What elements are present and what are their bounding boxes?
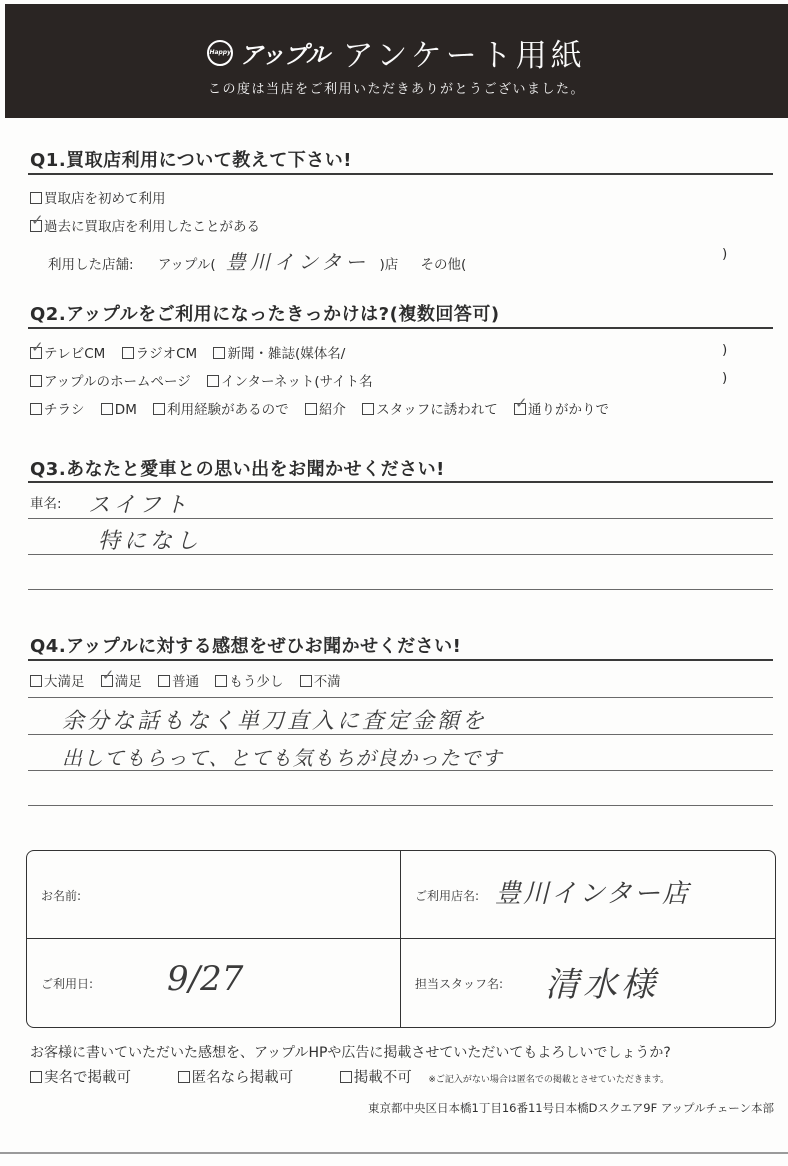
ruled-line [28, 805, 773, 806]
q1-option-first-time[interactable]: 買取店を初めて利用 [30, 187, 166, 207]
staff-name-label: 担当スタッフ名: [415, 975, 503, 992]
date-label: ご利用日: [41, 975, 93, 992]
close-paren: ) [722, 342, 727, 358]
consent-note: ※ご記入がない場合は匿名での掲載とさせていただきます。 [428, 1075, 669, 1085]
consent-anonymous[interactable]: 匿名なら掲載可 [178, 1066, 294, 1087]
rating-very-satisfied[interactable]: 大満足 [30, 670, 85, 690]
apple-logo-icon: Happy [207, 40, 233, 66]
checkbox[interactable] [305, 403, 317, 415]
checkbox[interactable] [362, 403, 374, 415]
q2-option-passing-by[interactable]: 通りがかりで [514, 398, 609, 418]
page-title: アンケート用紙 [343, 30, 586, 75]
q2-heading: Q2.アップルをご利用になったきっかけは?(複数回答可) [30, 300, 500, 326]
q2-divider [28, 327, 773, 329]
q2-row-3: チラシ DM 利用経験があるので 紹介 スタッフに誘われて 通りがかりで [30, 398, 621, 418]
rating-satisfied[interactable]: 満足 [101, 670, 142, 690]
checkbox[interactable] [153, 403, 165, 415]
q2-row-2: アップルのホームページ インターネット(サイト名 [30, 370, 385, 390]
survey-header: Happy アップル アンケート用紙 この度は当店をご利用いただきありがとうござ… [5, 4, 788, 118]
checkbox[interactable] [178, 1071, 190, 1083]
q1-heading: Q1.買取店利用について教えて下さい! [30, 146, 352, 172]
rating-could-improve[interactable]: もう少し [215, 670, 283, 690]
checkbox[interactable] [101, 403, 113, 415]
q2-option-referral[interactable]: 紹介 [305, 398, 346, 418]
rating-normal[interactable]: 普通 [158, 670, 199, 690]
car-name-input[interactable]: スイフト [88, 488, 191, 519]
q2-option-homepage[interactable]: アップルのホームページ [30, 370, 191, 390]
q2-option-staff-invite[interactable]: スタッフに誘われて [362, 398, 498, 418]
q4-heading: Q4.アップルに対する感想をぜひお聞かせください! [30, 632, 461, 658]
store-label: 利用した店舗: [48, 257, 134, 273]
bottom-edge [0, 1152, 788, 1154]
staff-name-field[interactable]: 清水様 [545, 957, 659, 1006]
comment-line-1[interactable]: 余分な話もなく単刀直入に査定金額を [62, 704, 487, 735]
q2-option-internet[interactable]: インターネット(サイト名 [207, 370, 373, 390]
close-paren: ) [722, 370, 727, 386]
checkbox[interactable] [30, 375, 42, 387]
checkbox[interactable] [300, 675, 312, 687]
checkbox-checked[interactable] [101, 675, 113, 687]
ruled-line [28, 697, 773, 698]
name-label: お名前: [41, 887, 81, 904]
store-name-label: ご利用店名: [415, 887, 479, 904]
checkbox[interactable] [30, 1071, 42, 1083]
checkbox[interactable] [158, 675, 170, 687]
q3-divider [28, 481, 773, 483]
q1-store-row: 利用した店舗: アップル( 豊川インター )店 その他( [48, 246, 466, 275]
q2-option-newspaper[interactable]: 新聞・雑誌(媒体名/ [213, 342, 345, 362]
car-name-label: 車名: [30, 492, 62, 512]
q2-option-radio-cm[interactable]: ラジオCM [122, 342, 198, 362]
consent-real-name[interactable]: 実名で掲載可 [30, 1066, 131, 1087]
checkbox[interactable] [340, 1071, 352, 1083]
ruled-line [28, 554, 773, 555]
q4-ratings: 大満足 満足 普通 もう少し 不満 [30, 670, 353, 690]
other-store-close: ) [722, 246, 727, 262]
footer-address: 東京都中央区日本橋1丁目16番11号日本橋Dスクエア9F アップルチェーン本部 [368, 1100, 774, 1116]
q2-option-tv-cm[interactable]: テレビCM [30, 342, 105, 362]
store-name-field[interactable]: 豊川インター店 [495, 873, 690, 910]
q2-option-flyer[interactable]: チラシ [30, 398, 85, 418]
checkbox-checked[interactable] [514, 403, 526, 415]
checkbox[interactable] [30, 675, 42, 687]
date-field[interactable]: 9/27 [167, 959, 243, 999]
q3-heading: Q3.あなたと愛車との思い出をお聞かせください! [30, 455, 445, 481]
box-divider-vertical [400, 851, 401, 1027]
rating-dissatisfied[interactable]: 不満 [300, 670, 341, 690]
q1-option-used-before[interactable]: 過去に買取店を利用したことがある [30, 215, 260, 235]
q2-option-dm[interactable]: DM [101, 402, 137, 418]
checkbox[interactable] [30, 403, 42, 415]
checkbox-checked[interactable] [30, 347, 42, 359]
ruled-line [28, 518, 773, 519]
checkbox[interactable] [207, 375, 219, 387]
checkbox[interactable] [30, 192, 42, 204]
q1-divider [28, 173, 773, 175]
checkbox[interactable] [215, 675, 227, 687]
box-divider-horizontal [27, 938, 775, 939]
apple-logo: Happy アップル [207, 35, 328, 70]
apple-store-input[interactable]: 豊川インター [226, 250, 369, 274]
q2-row-1: テレビCM ラジオCM 新聞・雑誌(媒体名/ [30, 342, 357, 362]
comment-line-2[interactable]: 出してもらって、とても気もちが良かったです [62, 742, 503, 771]
checkbox[interactable] [122, 347, 134, 359]
consent-options: 実名で掲載可 匿名なら掲載可 掲載不可 ※ご記入がない場合は匿名での掲載とさせて… [30, 1066, 669, 1087]
memory-line-1[interactable]: 特になし [98, 524, 202, 555]
consent-question: お客様に書いていただいた感想を、アップルHPや広告に掲載させていただいてもよろし… [30, 1042, 671, 1062]
ruled-line [28, 770, 773, 771]
checkbox-checked[interactable] [30, 220, 42, 232]
q4-divider [28, 659, 773, 661]
logo-text: アップル [239, 35, 328, 70]
ruled-line [28, 734, 773, 735]
q2-option-prior-use[interactable]: 利用経験があるので [153, 398, 289, 418]
ruled-line [28, 589, 773, 590]
checkbox[interactable] [213, 347, 225, 359]
header-subtitle: この度は当店をご利用いただきありがとうございました。 [5, 78, 788, 97]
customer-info-box: お名前: ご利用店名: 豊川インター店 ご利用日: 9/27 担当スタッフ名: … [26, 850, 776, 1028]
consent-not-allowed[interactable]: 掲載不可 [340, 1066, 412, 1087]
